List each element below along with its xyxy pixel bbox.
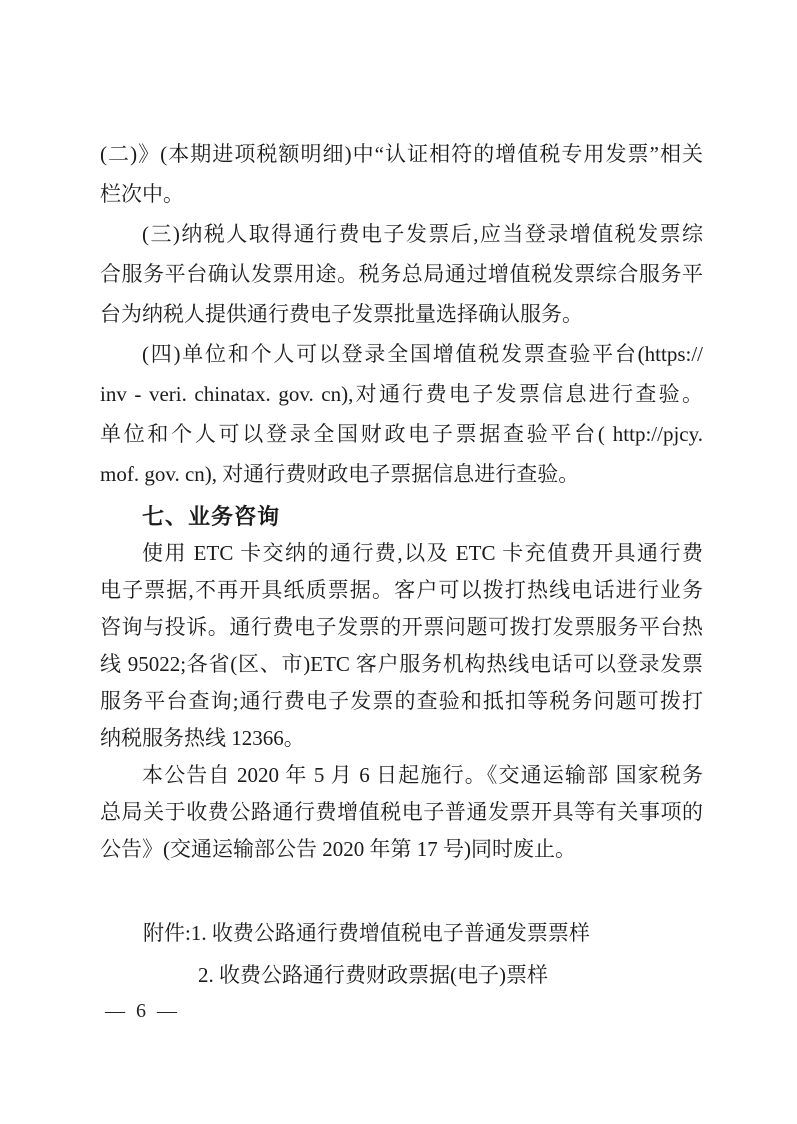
text-line: 台为纳税人提供通行费电子发票批量选择确认服务。: [100, 294, 703, 334]
text-line: (四)单位和个人可以登录全国增值税发票查验平台(https://: [100, 334, 703, 374]
text-line: 合服务平台确认发票用途。税务总局通过增值税发票综合服务平: [100, 254, 703, 294]
attachment-line: 附件:1. 收费公路通行费增值税电子普通发票票样: [100, 912, 703, 954]
text-line: 栏次中。: [100, 174, 703, 214]
text-line: 线 95022;各省(区、市)ETC 客户服务机构热线电话可以登录发票: [100, 646, 703, 683]
attachment-line: 2. 收费公路通行费财政票据(电子)票样: [100, 954, 703, 996]
text-line: (二)》(本期进项税额明细)中“认证相符的增值税专用发票”相关: [100, 134, 703, 174]
attachment-list: 附件:1. 收费公路通行费增值税电子普通发票票样2. 收费公路通行费财政票据(电…: [100, 912, 703, 996]
text-line: inv - veri. chinatax. gov. cn),对通行费电子发票信…: [100, 374, 703, 414]
text-line: mof. gov. cn), 对通行费财政电子票据信息进行查验。: [100, 454, 703, 494]
text-line: 本公告自 2020 年 5 月 6 日起施行。《交通运输部 国家税务: [100, 757, 703, 794]
text-line: 咨询与投诉。通行费电子发票的开票问题可拨打发票服务平台热: [100, 609, 703, 646]
text-line: 纳税服务热线 12366。: [100, 720, 703, 757]
text-line: 电子票据,不再开具纸质票据。客户可以拨打热线电话进行业务: [100, 572, 703, 609]
section-heading: 七、业务咨询: [100, 498, 703, 535]
text-line: (三)纳税人取得通行费电子发票后,应当登录增值税发票综: [100, 214, 703, 254]
text-line: 总局关于收费公路通行费增值税电子普通发票开具等有关事项的: [100, 794, 703, 831]
document-page: (二)》(本期进项税额明细)中“认证相符的增值税专用发票”相关栏次中。(三)纳税…: [0, 0, 797, 1124]
text-line: 使用 ETC 卡交纳的通行费,以及 ETC 卡充值费开具通行费: [100, 535, 703, 572]
text-line: 单位和个人可以登录全国财政电子票据查验平台( http://pjcy.: [100, 414, 703, 454]
document-body: (二)》(本期进项税额明细)中“认证相符的增值税专用发票”相关栏次中。(三)纳税…: [100, 134, 703, 868]
text-line: 公告》(交通运输部公告 2020 年第 17 号)同时废止。: [100, 831, 703, 868]
page-number: — 6 —: [105, 1000, 180, 1023]
text-line: 服务平台查询;通行费电子发票的查验和抵扣等税务问题可拨打: [100, 683, 703, 720]
